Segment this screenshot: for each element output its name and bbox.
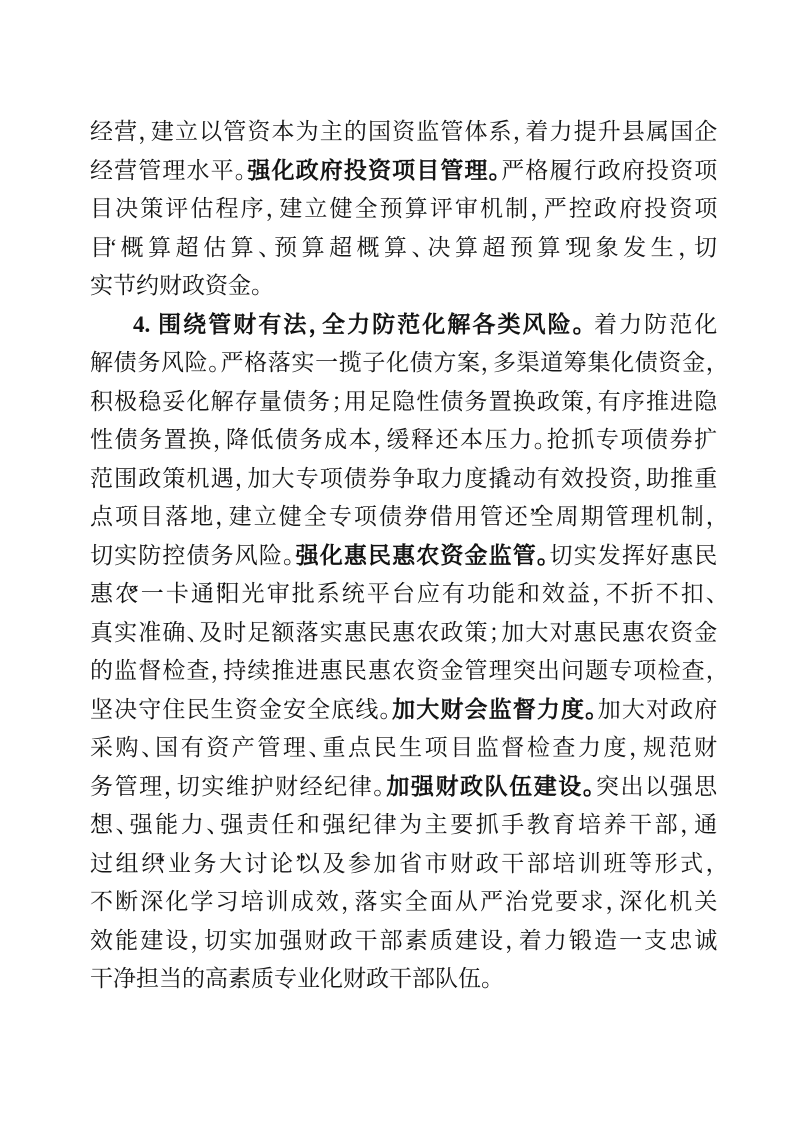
- document-line: 切实防控债务风险。强化惠民惠农资金监管。切实发挥好惠民: [90, 537, 717, 576]
- text-run: 采购、国有资产管理、重点民生项目监督检查力度，规范财: [90, 735, 717, 760]
- text-run: 范围政策机遇，加大专项债券争取力度撬动有效投资，助推重: [90, 466, 717, 491]
- text-run: 务管理，切实维护财经纪律。: [90, 774, 386, 799]
- text-run: 过组织“业务大讨论”以及参加省市财政干部培训班等形式，: [90, 851, 717, 876]
- text-run: 积极稳妥化解存量债务；用足隐性债务置换政策，有序推进隐: [90, 389, 717, 414]
- document-line: 的监督检查，持续推进惠民惠农资金管理突出问题专项检查，: [90, 652, 717, 691]
- document-line: 务管理，切实维护财经纪律。加强财政队伍建设。突出以强思: [90, 768, 717, 807]
- document-line: 不断深化学习培训成效，落实全面从严治党要求，深化机关: [90, 883, 717, 922]
- text-run: 目“概算超估算、预算超概算、决算超预算”现象发生，切: [90, 235, 717, 260]
- document-line: 经营，建立以管资本为主的国资监管体系，着力提升县属国企: [90, 113, 717, 152]
- text-run: 惠农“一卡通”阳光审批系统平台应有功能和效益，不折不扣、: [90, 581, 717, 606]
- document-line: 4. 围绕管财有法，全力防范化解各类风险。 着力防范化: [90, 306, 717, 345]
- text-run: 效能建设，切实加强财政干部素质建设，着力锻造一支忠诚: [90, 928, 717, 953]
- document-line: 坚决守住民生资金安全底线。加大财会监督力度。加大对政府: [90, 691, 717, 730]
- text-run: 加大对政府: [598, 697, 718, 722]
- document-line: 想、强能力、强责任和强纪律为主要抓手教育培养干部，通: [90, 806, 717, 845]
- paragraph-risk-prevention: 4. 围绕管财有法，全力防范化解各类风险。 着力防范化解债务风险。严格落实一揽子…: [90, 306, 717, 999]
- document-line: 干净担当的高素质专业化财政干部队伍。: [90, 960, 717, 999]
- text-run: 经营管理水平。: [90, 158, 247, 183]
- text-run: 性债务置换，降低债务成本，缓释还本压力。抢抓专项债券扩: [90, 427, 717, 452]
- text-run: 的监督检查，持续推进惠民惠农资金管理突出问题专项检查，: [90, 658, 717, 683]
- document-page: 经营，建立以管资本为主的国资监管体系，着力提升县属国企经营管理水平。强化政府投资…: [0, 0, 804, 1130]
- text-run: 严格履行政府投资项: [501, 158, 717, 183]
- document-line: 实节约财政资金。: [90, 267, 717, 306]
- document-line: 采购、国有资产管理、重点民生项目监督检查力度，规范财: [90, 729, 717, 768]
- text-run: 干净担当的高素质专业化财政干部队伍。: [90, 966, 493, 991]
- text-run: 目决策评估程序，建立健全预算评审机制，严控政府投资项: [90, 196, 717, 221]
- text-run: 突出以强思: [596, 774, 717, 799]
- text-run: 想、强能力、强责任和强纪律为主要抓手教育培养干部，通: [90, 812, 717, 837]
- document-line: 点项目落地，建立健全专项债券“借用管还”全周期管理机制，: [90, 498, 717, 537]
- document-line: 积极稳妥化解存量债务；用足隐性债务置换政策，有序推进隐: [90, 383, 717, 422]
- document-line: 效能建设，切实加强财政干部素质建设，着力锻造一支忠诚: [90, 922, 717, 961]
- text-run: 解债务风险。严格落实一揽子化债方案，多渠道筹集化债资金，: [90, 350, 717, 375]
- document-line: 性债务置换，降低债务成本，缓释还本压力。抢抓专项债券扩: [90, 421, 717, 460]
- text-run: 切实发挥好惠民: [550, 543, 718, 568]
- bold-text-run: 加大财会监督力度。: [392, 697, 598, 722]
- document-line: 目决策评估程序，建立健全预算评审机制，严控政府投资项: [90, 190, 717, 229]
- text-run: 坚决守住民生资金安全底线。: [90, 697, 392, 722]
- paragraph-state-capital-and-investment: 经营，建立以管资本为主的国资监管体系，着力提升县属国企经营管理水平。强化政府投资…: [90, 113, 717, 306]
- document-line: 范围政策机遇，加大专项债券争取力度撬动有效投资，助推重: [90, 460, 717, 499]
- text-run: 真实准确、及时足额落实惠民惠农政策；加大对惠民惠农资金: [90, 620, 717, 645]
- document-line: 经营管理水平。强化政府投资项目管理。严格履行政府投资项: [90, 152, 717, 191]
- document-line: 目“概算超估算、预算超概算、决算超预算”现象发生，切: [90, 229, 717, 268]
- document-line: 解债务风险。严格落实一揽子化债方案，多渠道筹集化债资金，: [90, 344, 717, 383]
- document-body: 经营，建立以管资本为主的国资监管体系，着力提升县属国企经营管理水平。强化政府投资…: [90, 113, 717, 999]
- document-line: 惠农“一卡通”阳光审批系统平台应有功能和效益，不折不扣、: [90, 575, 717, 614]
- text-run: 不断深化学习培训成效，落实全面从严治党要求，深化机关: [90, 889, 717, 914]
- bold-text-run: 强化政府投资项目管理。: [247, 158, 501, 183]
- text-run: 实节约财政资金。: [90, 273, 263, 298]
- text-run: 着力防范化: [586, 312, 717, 337]
- text-run: 切实防控债务风险。: [90, 543, 296, 568]
- text-run: 点项目落地，建立健全专项债券“借用管还”全周期管理机制，: [90, 504, 717, 529]
- bold-text-run: 4. 围绕管财有法，全力防范化解各类风险。: [133, 312, 586, 337]
- bold-text-run: 强化惠民惠农资金监管。: [296, 543, 550, 568]
- bold-text-run: 加强财政队伍建设。: [386, 774, 596, 799]
- document-line: 真实准确、及时足额落实惠民惠农政策；加大对惠民惠农资金: [90, 614, 717, 653]
- document-line: 过组织“业务大讨论”以及参加省市财政干部培训班等形式，: [90, 845, 717, 884]
- text-run: 经营，建立以管资本为主的国资监管体系，着力提升县属国企: [90, 119, 717, 144]
